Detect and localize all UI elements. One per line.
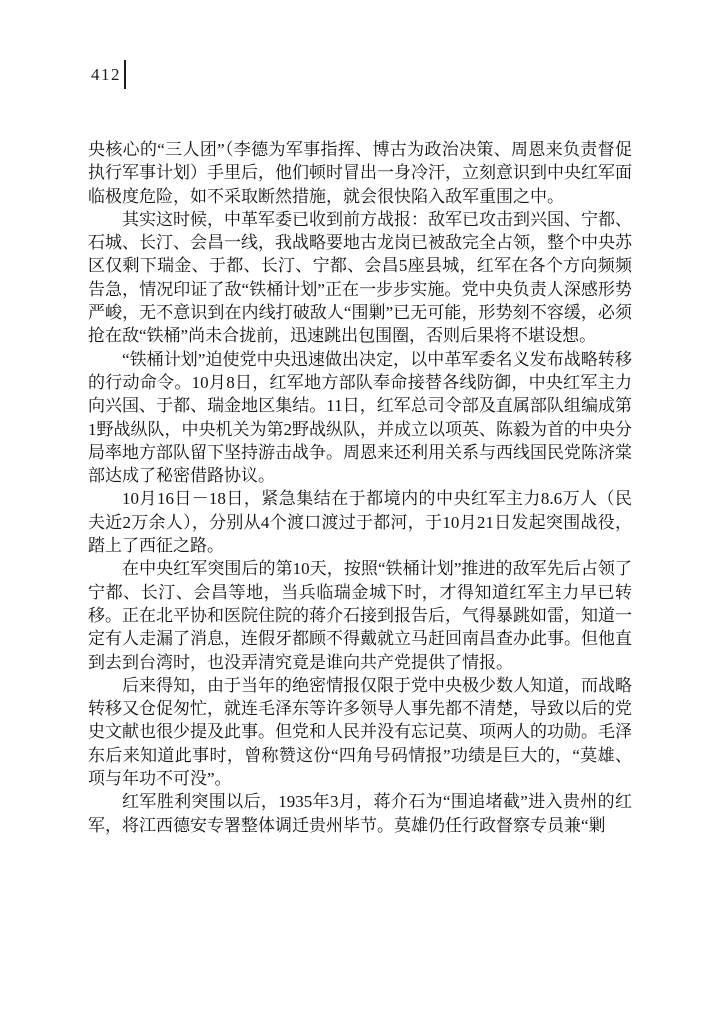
paragraph: 红军胜利突围以后，1935年3月，蒋介石为“围追堵截”进入贵州的红军，将江西德安… <box>88 790 632 837</box>
page-header-divider <box>124 60 126 89</box>
page-number: 412 <box>91 61 121 89</box>
paragraph: 10月16日－18日，紧急集结在于都境内的中央红军主力8.6万人（民夫近2万余人… <box>88 487 632 557</box>
paragraph: 央核心的“三人团”（李德为军事指挥、博古为政治决策、周恩来负责督促执行军事计划）… <box>88 138 632 208</box>
paragraph: 其实这时候，中革军委已收到前方战报：敌军已攻击到兴国、宁都、石城、长汀、会昌一线… <box>88 208 632 348</box>
paragraph: 后来得知，由于当年的绝密情报仅限于党中央极少数人知道，而战略转移又仓促匆忙，就连… <box>88 674 632 790</box>
text-body: 央核心的“三人团”（李德为军事指挥、博古为政治决策、周恩来负责督促执行军事计划）… <box>88 138 632 837</box>
paragraph: 在中央红军突围后的第10天，按照“铁桶计划”推进的敌军先后占领了宁都、长汀、会昌… <box>88 557 632 673</box>
book-page: 412 央核心的“三人团”（李德为军事指挥、博古为政治决策、周恩来负责督促执行军… <box>0 0 715 1010</box>
paragraph: “铁桶计划”迫使党中央迅速做出决定，以中革军委名义发布战略转移的行动命令。10月… <box>88 348 632 488</box>
